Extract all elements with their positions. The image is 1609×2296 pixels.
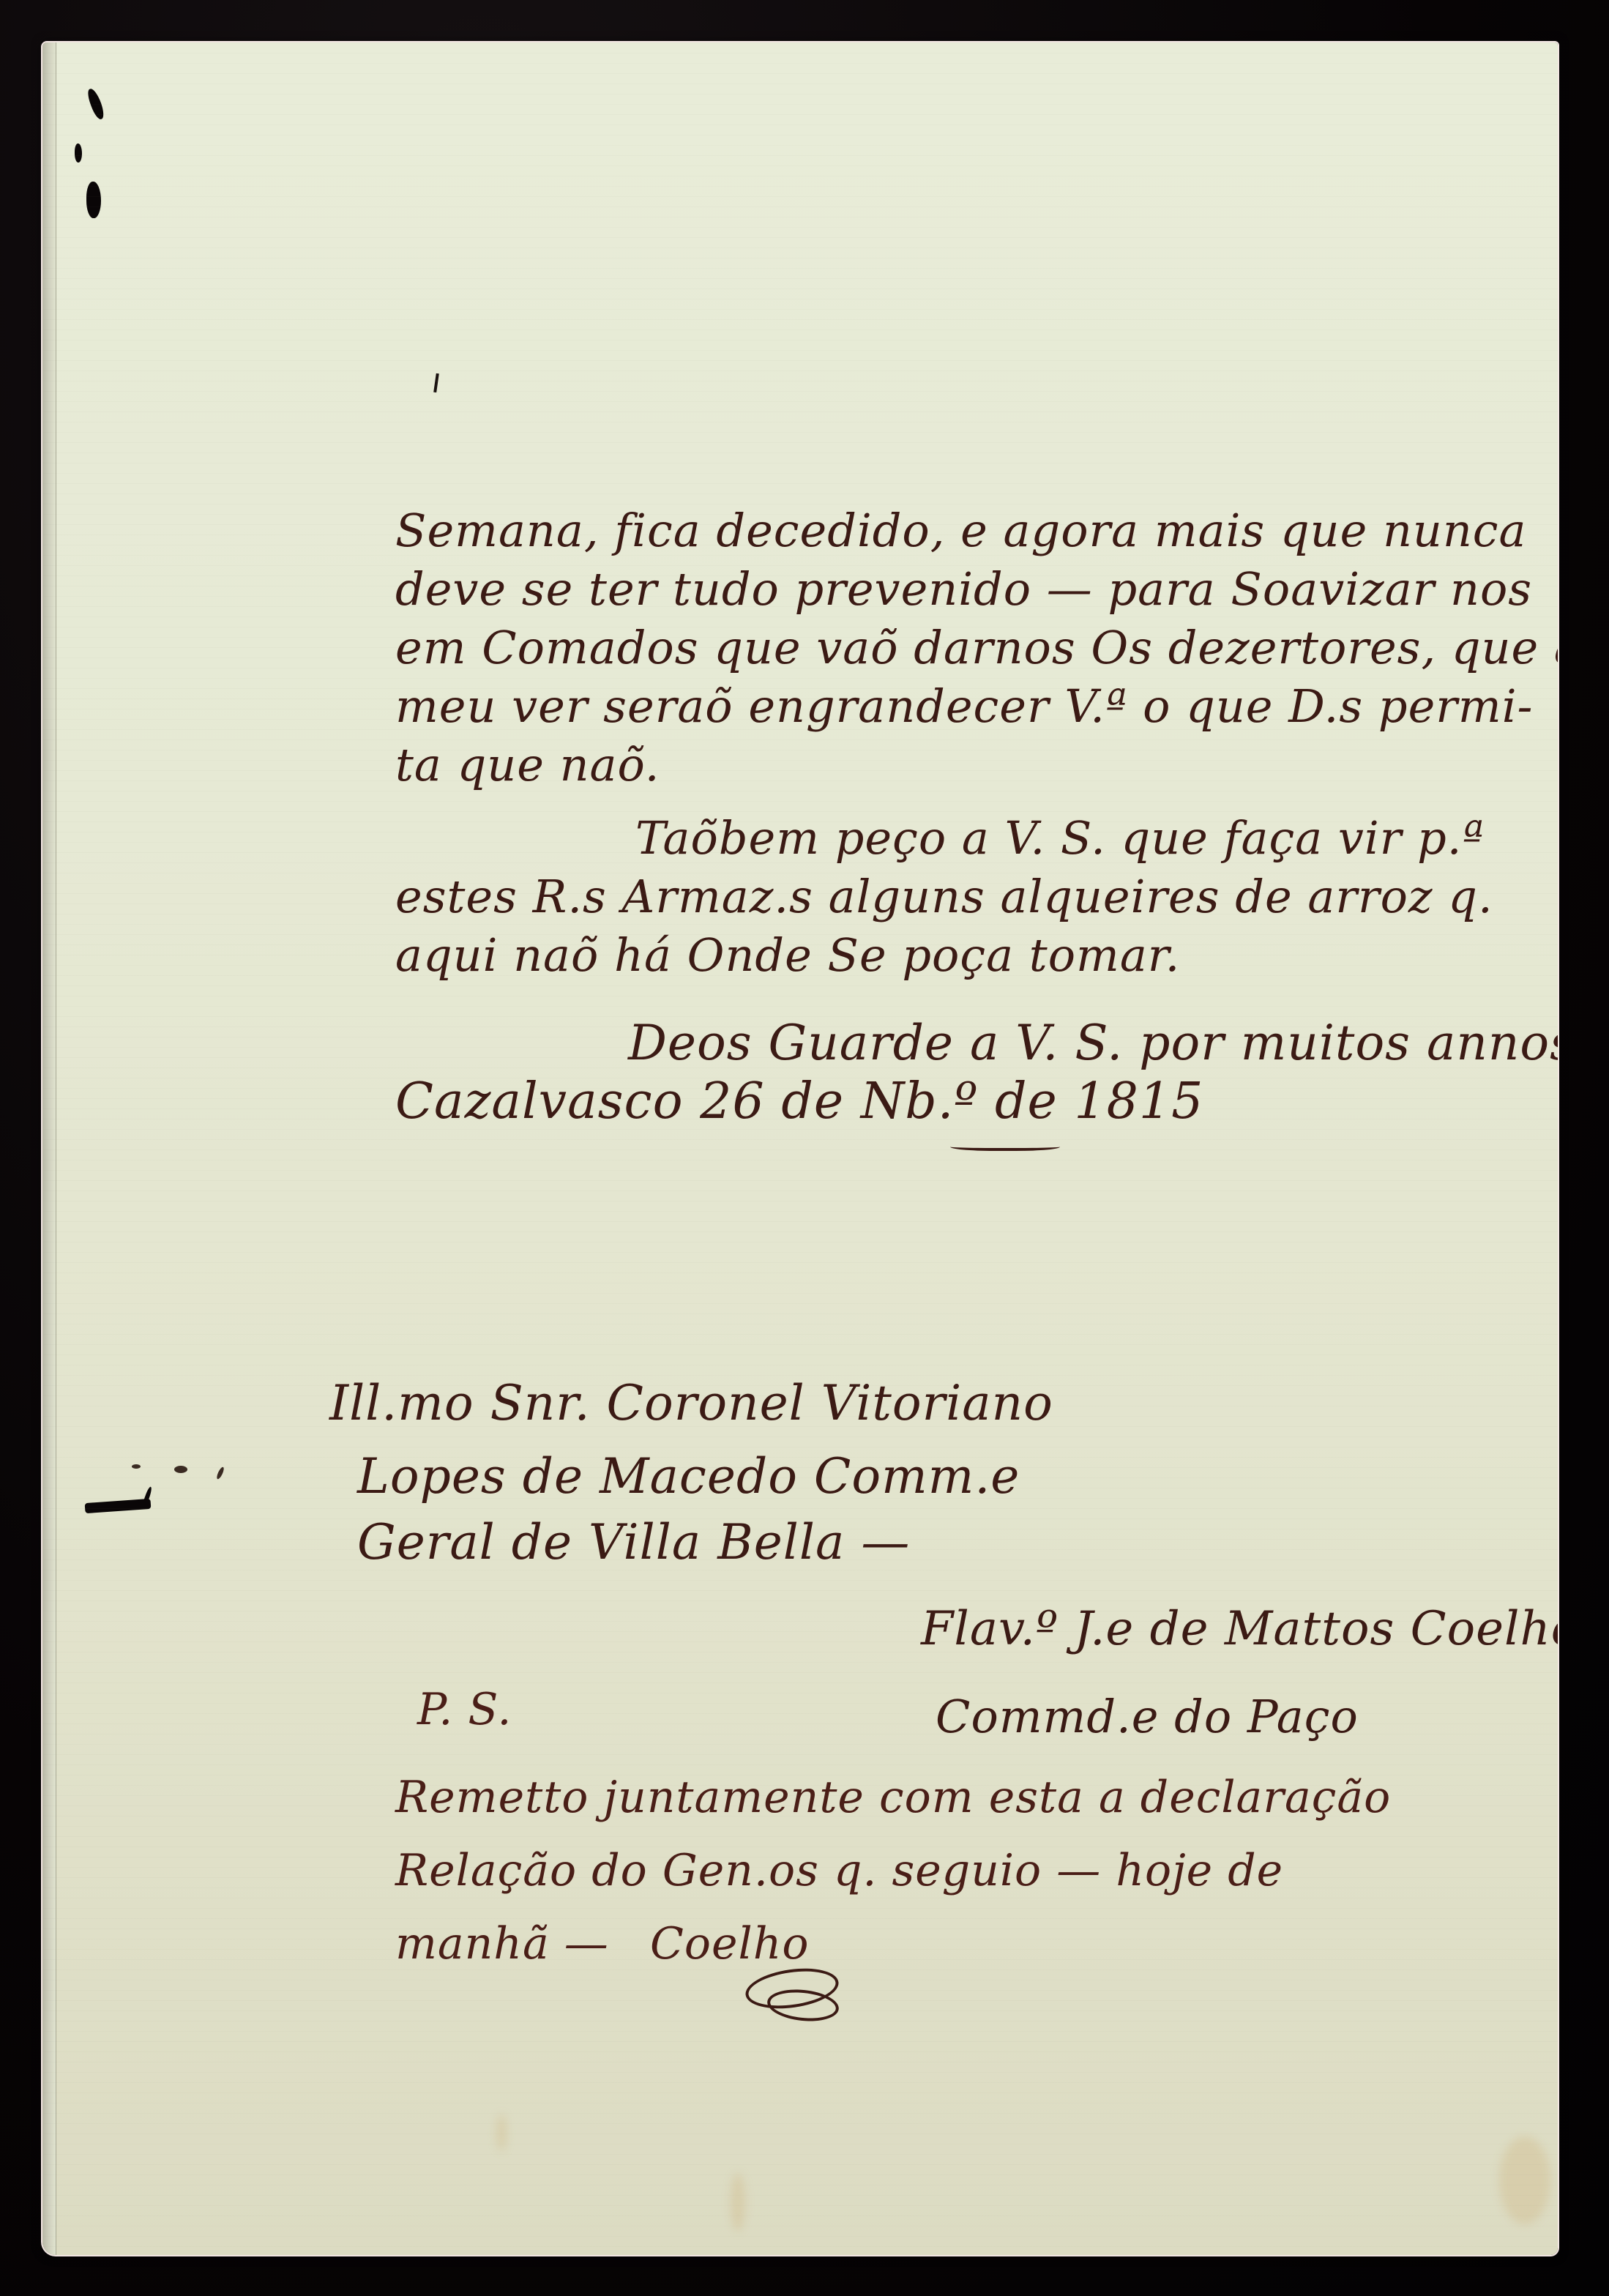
- paragraph2-line: aqui naõ há Onde Se poça tomar.: [395, 930, 1180, 981]
- paper-stain: [731, 2173, 745, 2232]
- postscript-label: P. S.: [417, 1684, 512, 1735]
- postscript-line: manhã —: [395, 1918, 609, 1969]
- paper-stain: [1499, 2136, 1550, 2224]
- binding-hole-icon: [86, 182, 101, 218]
- body-line: deve se ter tudo prevenido — para Soaviz…: [395, 564, 1532, 615]
- addressee-line: Ill.mo Snr. Coronel Vitoriano: [329, 1376, 1053, 1431]
- paper-stain: [496, 2114, 507, 2151]
- body-line: em Comados que vaõ darnos Os dezertores,…: [395, 622, 1558, 674]
- paper-speck: [174, 1466, 187, 1473]
- body-line: Semana, fica decedido, e agora mais que …: [395, 505, 1526, 556]
- signature-name: Flav.º J.e de Mattos Coelho: [921, 1603, 1558, 1655]
- paragraph2-line: Taõbem peço a V. S. que faça vir p.ª: [635, 813, 1485, 864]
- addressee-line: Lopes de Macedo Comm.e: [357, 1450, 1020, 1504]
- signature-title: Commd.e do Paço: [936, 1691, 1359, 1742]
- binding-hole-icon: [75, 143, 82, 163]
- paper-speck: [132, 1464, 141, 1469]
- valediction: Deos Guarde a V. S. por muitos annos,: [628, 1018, 1558, 1069]
- paragraph2-line: estes R.s Armaz.s alguns alqueires de ar…: [395, 871, 1493, 922]
- binding-hole-icon: [85, 1499, 152, 1513]
- binding-hole-icon: [86, 87, 106, 121]
- date-underline: [950, 1141, 1060, 1151]
- postscript-line: Relação do Gen.os q. seguio — hoje de: [395, 1845, 1283, 1896]
- paper-speck: [215, 1466, 225, 1480]
- manuscript-page: Semana, fica decedido, e agora mais que …: [42, 42, 1558, 2255]
- postscript-signoff: Coelho: [650, 1918, 810, 1969]
- body-line: meu ver seraõ engrandecer V.ª o que D.s …: [395, 681, 1534, 732]
- date-line: Cazalvasco 26 de Nb.º de 1815: [395, 1076, 1203, 1127]
- postscript-line: Remetto juntamente com esta a declaração: [395, 1772, 1391, 1823]
- binding-edge: [42, 42, 56, 2255]
- body-line: ta que naõ.: [395, 739, 660, 791]
- stray-mark: [433, 373, 439, 392]
- addressee-line: Geral de Villa Bella —: [357, 1516, 910, 1570]
